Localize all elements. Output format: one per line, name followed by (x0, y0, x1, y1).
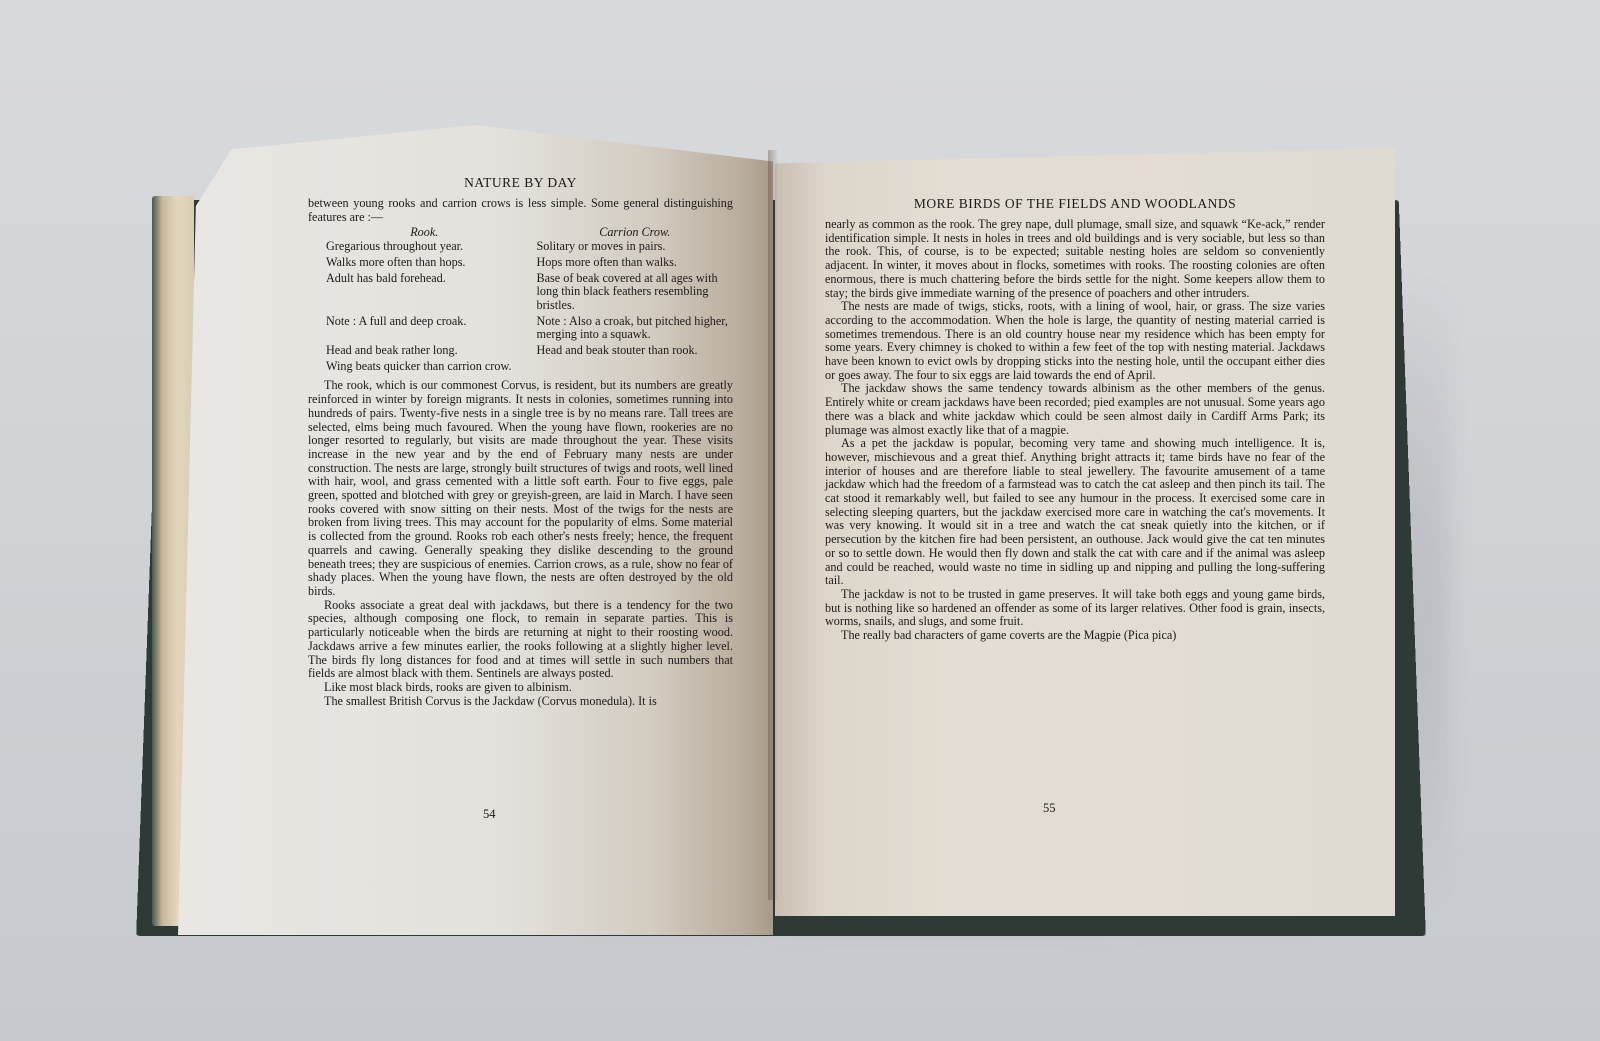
paragraph: nearly as common as the rook. The grey n… (825, 218, 1325, 300)
paragraph: The really bad characters of game covert… (825, 629, 1325, 643)
table-cell: Gregarious throughout year. (326, 240, 523, 254)
running-head-left: NATURE BY DAY (308, 175, 733, 191)
table-cell: Head and beak stouter than rook. (537, 344, 734, 358)
page-number-left: 54 (483, 807, 496, 822)
book-gutter (768, 150, 778, 900)
table-cell: Note : A full and deep croak. (326, 315, 523, 342)
page-number-right: 55 (1043, 801, 1056, 816)
column-header-carrion-crow: Carrion Crow. (537, 226, 734, 240)
table-cell: Adult has bald forehead. (326, 272, 523, 313)
left-page: NATURE BY DAY between young rooks and ca… (178, 125, 773, 935)
table-cell: Wing beats quicker than carrion crow. (326, 360, 523, 374)
table-cell: Head and beak rather long. (326, 344, 523, 358)
table-cell: Hops more often than walks. (537, 256, 734, 270)
intro-paragraph: between young rooks and carrion crows is… (308, 197, 733, 224)
table-cell: Walks more often than hops. (326, 256, 523, 270)
rook-crow-comparison-table: Rook. Carrion Crow. Gregarious throughou… (326, 226, 733, 375)
table-cell (537, 360, 734, 374)
table-cell: Solitary or moves in pairs. (537, 240, 734, 254)
paragraph: Like most black birds, rooks are given t… (308, 681, 733, 695)
paragraph: The nests are made of twigs, sticks, roo… (825, 300, 1325, 382)
paragraph: The rook, which is our commonest Corvus,… (308, 379, 733, 598)
running-head-right: MORE BIRDS OF THE FIELDS AND WOODLANDS (825, 196, 1325, 212)
paragraph: As a pet the jackdaw is popular, becomin… (825, 437, 1325, 588)
paragraph: The jackdaw shows the same tendency towa… (825, 382, 1325, 437)
paragraph: The jackdaw is not to be trusted in game… (825, 588, 1325, 629)
right-page: MORE BIRDS OF THE FIELDS AND WOODLANDS n… (775, 148, 1395, 916)
paragraph: The smallest British Corvus is the Jackd… (308, 695, 733, 709)
table-cell: Note : Also a croak, but pitched higher,… (537, 315, 734, 342)
paragraph: Rooks associate a great deal with jackda… (308, 599, 733, 681)
left-body-text: The rook, which is our commonest Corvus,… (308, 379, 733, 708)
column-header-rook: Rook. (326, 226, 523, 240)
right-body-text: nearly as common as the rook. The grey n… (825, 218, 1325, 643)
table-cell: Base of beak covered at all ages with lo… (537, 272, 734, 313)
left-intro: between young rooks and carrion crows is… (308, 197, 733, 224)
